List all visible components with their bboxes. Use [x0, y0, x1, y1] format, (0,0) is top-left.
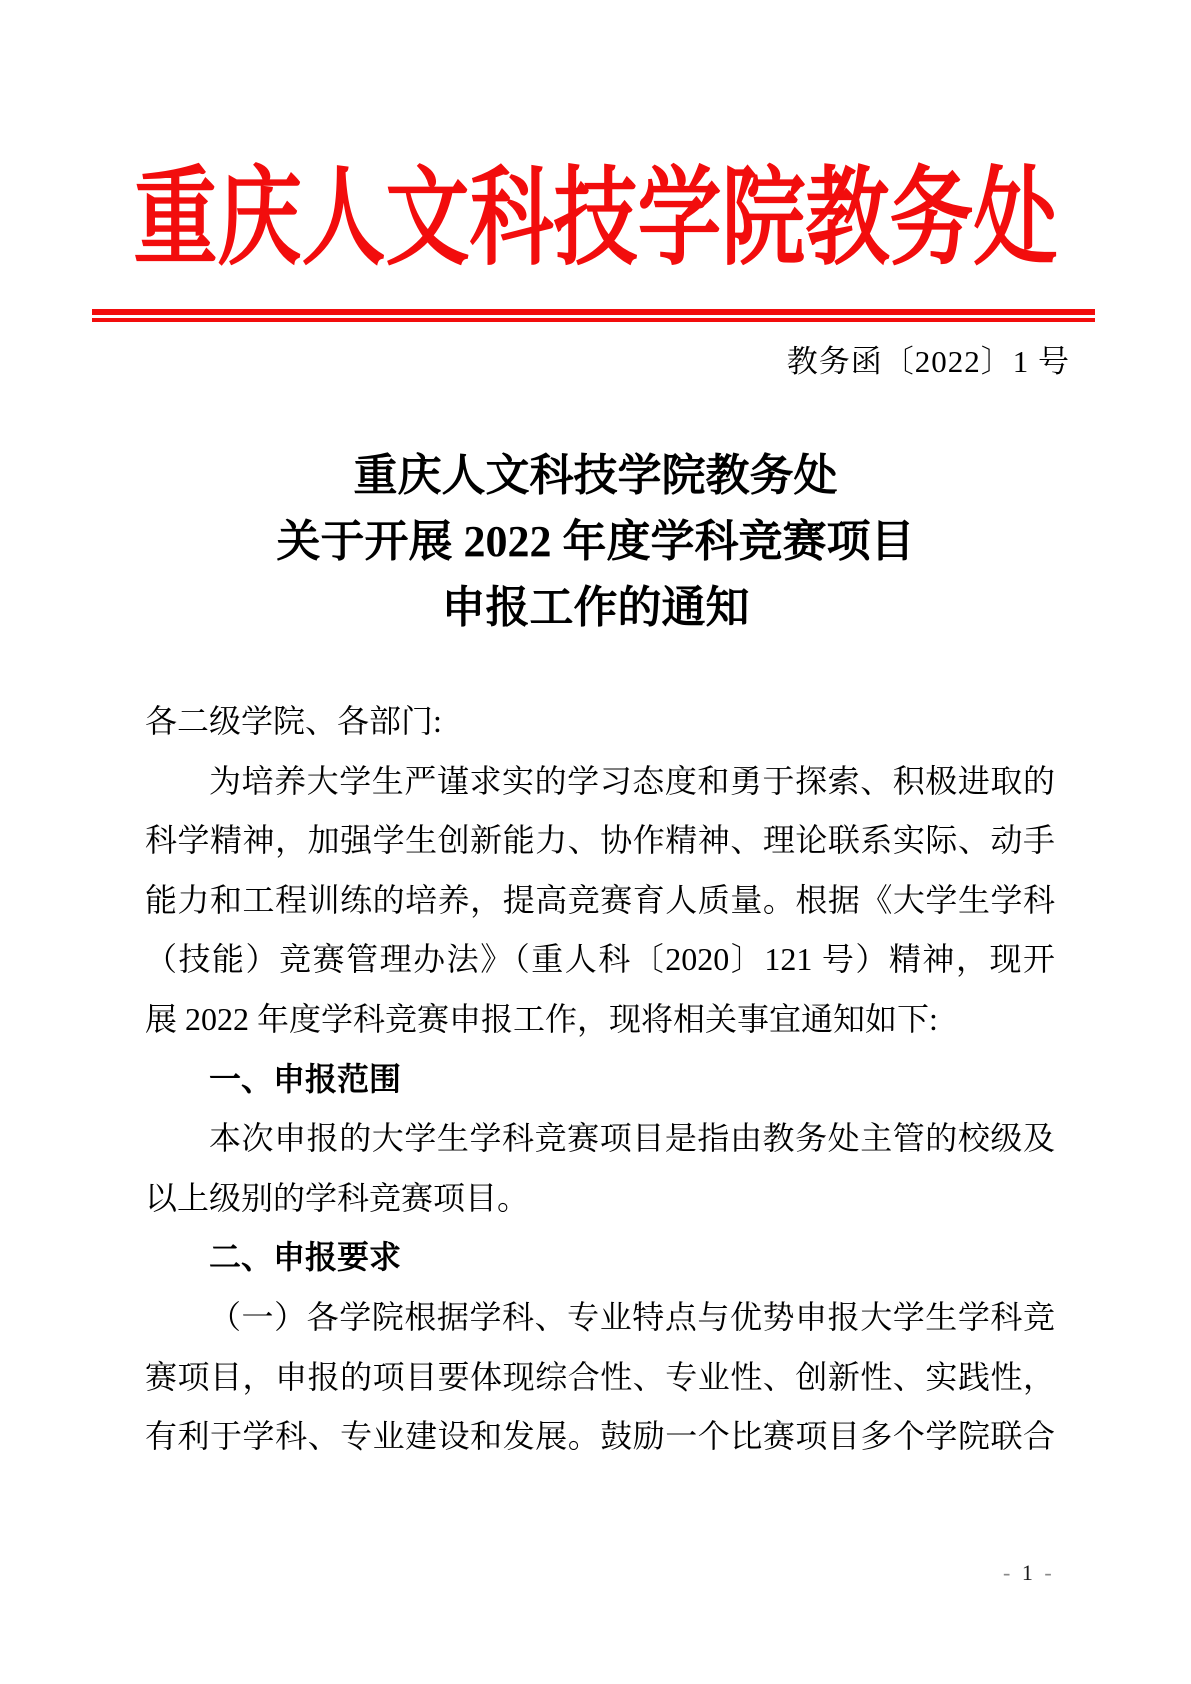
body-line: 能力和工程训练的培养，提高竞赛育人质量。根据《大学生学科 [145, 871, 1055, 931]
document-title-line: 申报工作的通知 [0, 575, 1191, 641]
document-title-line: 关于开展 2022 年度学科竞赛项目 [0, 509, 1191, 575]
document-reference-number: 教务函〔2022〕1 号 [787, 336, 1070, 381]
red-double-rule [92, 309, 1095, 322]
page-number-value: 1 [1022, 1560, 1036, 1585]
body-line: （一）各学院根据学科、专业特点与优势申报大学生学科竞 [145, 1288, 1055, 1348]
section-heading: 二、申报要求 [145, 1228, 1055, 1288]
section-heading: 一、申报范围 [145, 1050, 1055, 1110]
body-line: （技能）竞赛管理办法》（重人科〔2020〕121 号）精神，现开 [145, 930, 1055, 990]
body-line: 有利于学科、专业建设和发展。鼓励一个比赛项目多个学院联合 [145, 1407, 1055, 1467]
body-line: 科学精神，加强学生创新能力、协作精神、理论联系实际、动手 [145, 811, 1055, 871]
body-line: 本次申报的大学生学科竞赛项目是指由教务处主管的校级及 [145, 1109, 1055, 1169]
body-line: 以上级别的学科竞赛项目。 [145, 1169, 1055, 1229]
document-page: 重庆人文科技学院教务处 教务函〔2022〕1 号 重庆人文科技学院教务处 关于开… [0, 0, 1191, 1684]
letterhead-banner: 重庆人文科技学院教务处 [0, 131, 1191, 309]
document-body: 各二级学院、各部门: 为培养大学生严谨求实的学习态度和勇于探索、积极进取的科学精… [145, 692, 1055, 1467]
page-number-dash: - [1044, 1560, 1054, 1585]
document-title-line: 重庆人文科技学院教务处 [0, 443, 1191, 509]
body-line: 展 2022 年度学科竞赛申报工作，现将相关事宜通知如下: [145, 990, 1055, 1050]
page-number-dash: - [1003, 1560, 1013, 1585]
body-line: 为培养大学生严谨求实的学习态度和勇于探索、积极进取的 [145, 752, 1055, 812]
page-number: - 1 - [1003, 1560, 1055, 1586]
document-title: 重庆人文科技学院教务处 关于开展 2022 年度学科竞赛项目 申报工作的通知 [0, 443, 1191, 641]
salutation: 各二级学院、各部门: [145, 692, 1055, 752]
body-line: 赛项目，申报的项目要体现综合性、专业性、创新性、实践性， [145, 1348, 1055, 1408]
